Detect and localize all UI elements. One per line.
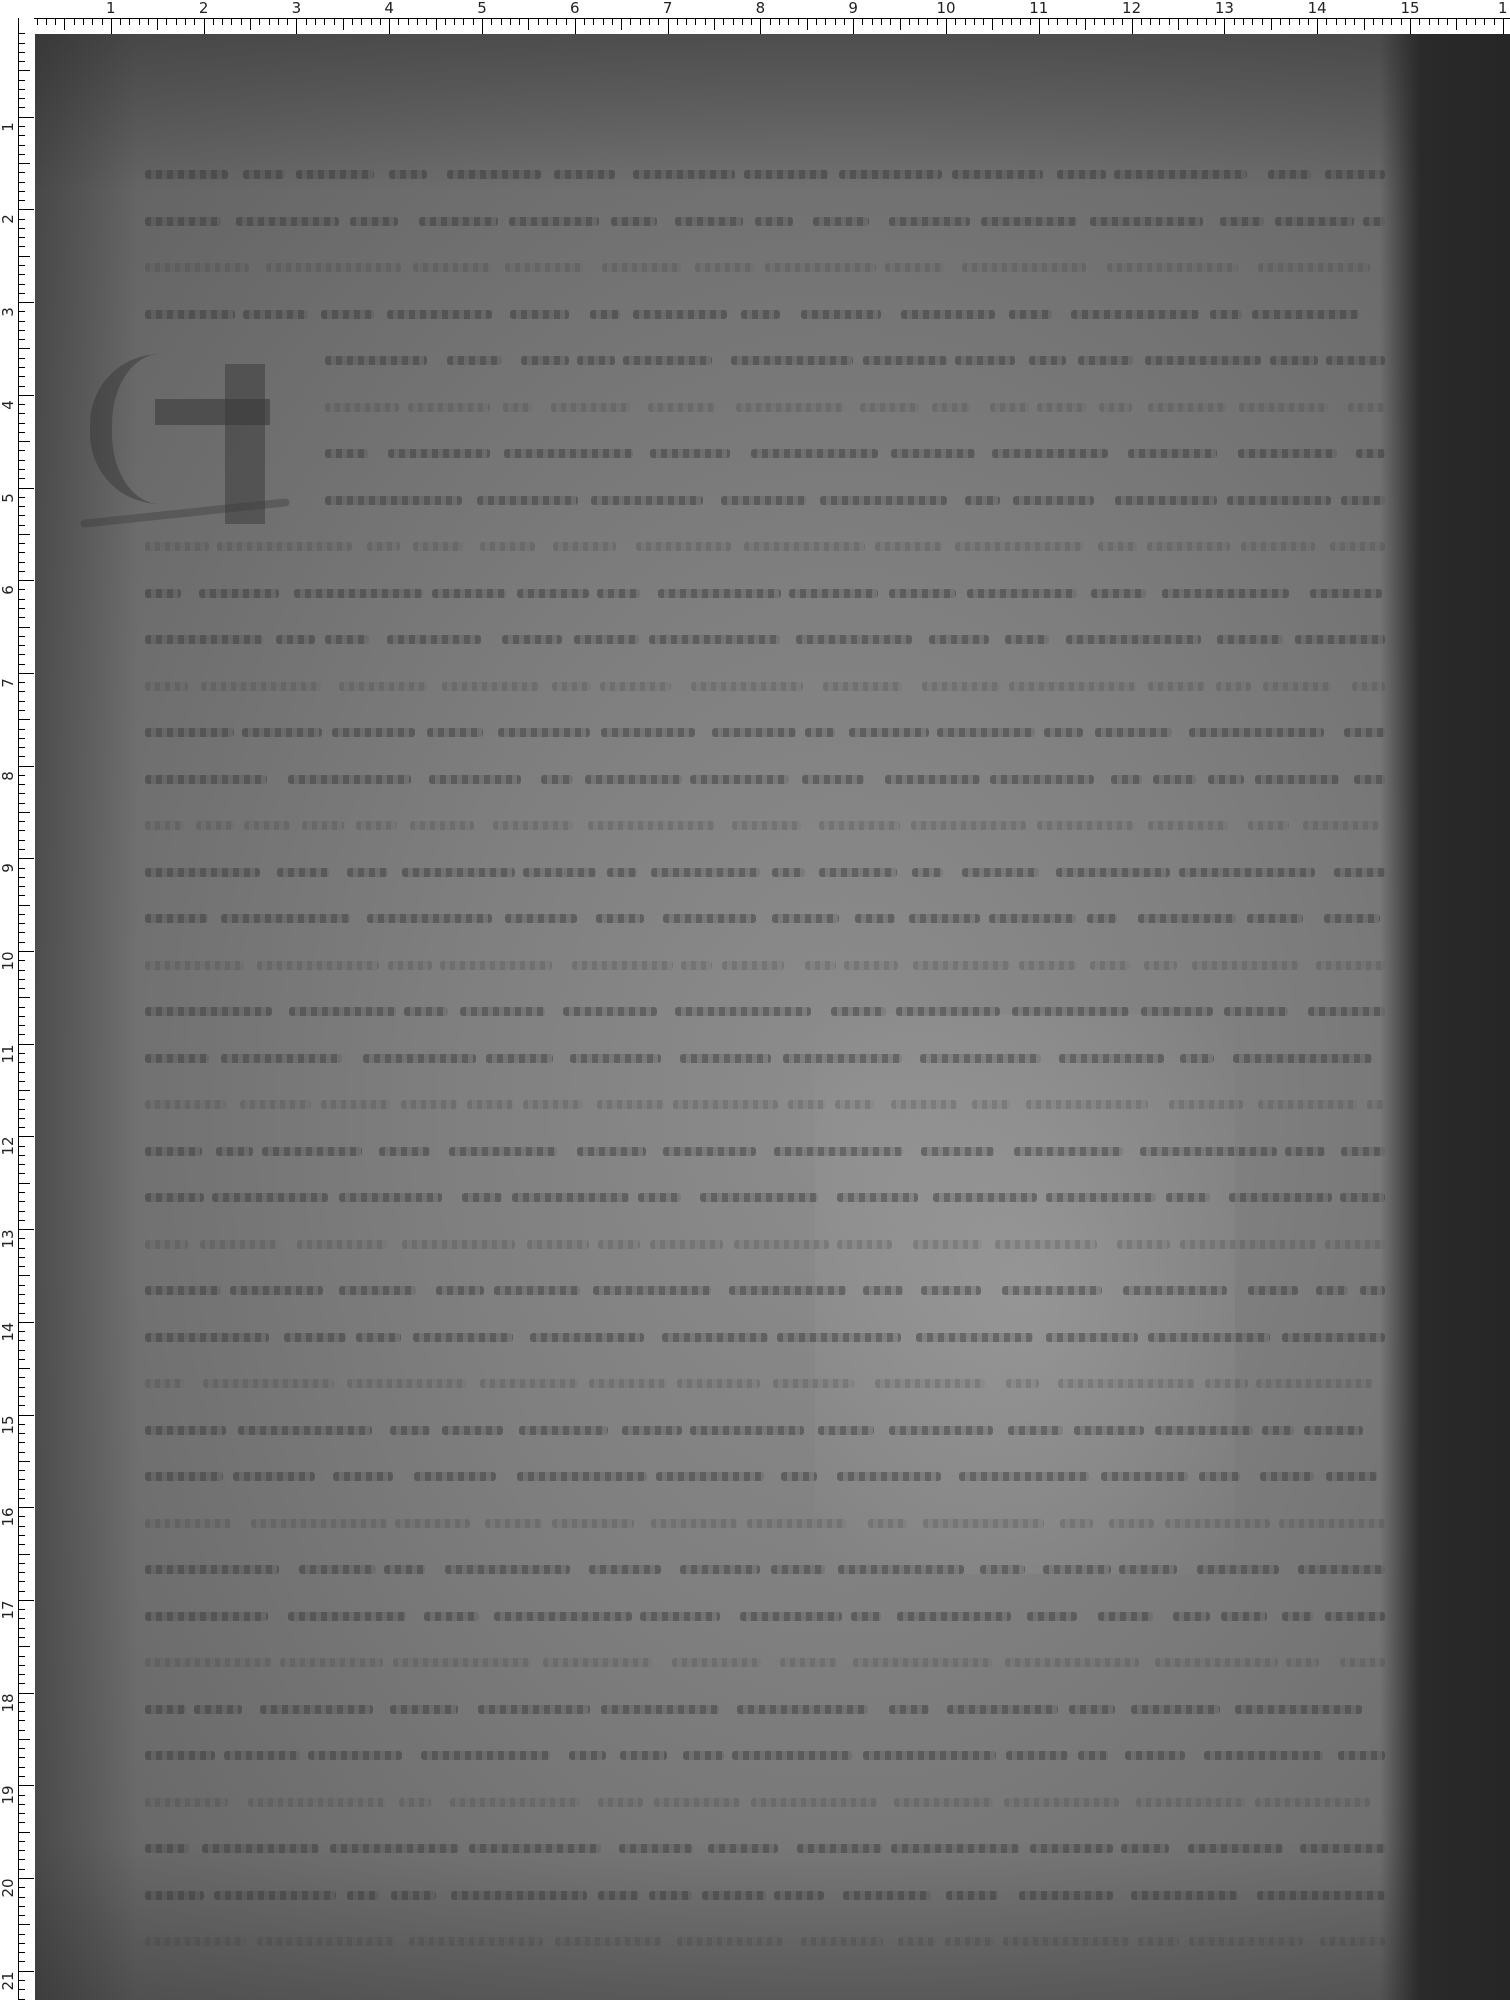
ruler-tick	[19, 1544, 25, 1545]
ruler-tick	[1391, 19, 1392, 25]
ruler-tick	[19, 645, 25, 646]
ruler-label: 11	[1029, 0, 1048, 16]
ruler-tick	[19, 1275, 30, 1276]
ruler-tick	[19, 488, 34, 489]
ruler-tick	[19, 1350, 25, 1351]
ruler-tick	[19, 515, 25, 516]
ruler-tick	[19, 1961, 25, 1962]
ruler-tick	[1438, 19, 1439, 25]
ruler-tick	[19, 1090, 30, 1091]
ruler-tick	[19, 1211, 25, 1212]
ruler-tick	[695, 19, 696, 25]
ruler-tick	[19, 710, 25, 711]
ruler-tick	[19, 117, 34, 118]
ruler-tick	[19, 256, 30, 257]
ruler-tick	[528, 19, 529, 30]
ruler-tick	[835, 19, 836, 25]
ruler-tick	[1401, 19, 1402, 25]
ruler-tick	[19, 738, 25, 739]
ruler-label: 3	[0, 307, 16, 317]
ruler-tick	[1271, 19, 1272, 30]
ruler-tick	[19, 413, 25, 414]
ruler-tick	[19, 1989, 25, 1990]
ruler-tick	[19, 1739, 30, 1740]
ruler-tick	[194, 19, 195, 25]
ruler-tick	[19, 107, 25, 108]
top-ruler: 01234567891011121314151	[0, 0, 1510, 34]
ruler-tick	[19, 246, 25, 247]
ruler-tick	[603, 19, 604, 25]
ruler-tick	[1317, 19, 1318, 34]
ruler-tick	[491, 19, 492, 25]
ruler-tick	[19, 1628, 25, 1629]
ruler-tick	[46, 19, 47, 25]
ruler-tick	[501, 19, 502, 25]
ruler-tick	[19, 1924, 30, 1925]
ruler-tick	[19, 478, 25, 479]
ruler-label: 6	[570, 0, 580, 16]
ruler-tick	[454, 19, 455, 25]
ruler-tick	[19, 1748, 25, 1749]
ruler-tick	[1113, 19, 1114, 25]
ruler-tick	[380, 19, 381, 25]
ruler-tick	[19, 1248, 25, 1249]
ruler-tick	[19, 1238, 25, 1239]
ruler-tick	[19, 1822, 25, 1823]
ruler-tick	[19, 793, 25, 794]
ruler-tick	[19, 682, 25, 683]
ruler-tick	[19, 580, 34, 581]
ruler-tick	[584, 19, 585, 25]
ruler-tick	[19, 525, 25, 526]
ruler-tick	[19, 348, 30, 349]
ruler-tick	[19, 200, 25, 201]
ruler-tick	[19, 145, 25, 146]
ruler-tick	[19, 1730, 25, 1731]
ruler-tick	[1456, 19, 1457, 30]
ruler-tick	[19, 52, 25, 53]
ruler-tick	[19, 1609, 25, 1610]
ruler-label: 10	[0, 951, 16, 970]
ruler-tick	[566, 19, 567, 25]
ruler-tick	[19, 571, 25, 572]
ruler-tick	[19, 1516, 25, 1517]
ruler-tick	[862, 19, 863, 25]
ruler-tick	[19, 1201, 25, 1202]
ruler-label: 1	[0, 122, 16, 132]
ruler-tick	[278, 19, 279, 25]
ruler-tick	[19, 1220, 25, 1221]
ruler-tick	[1150, 19, 1151, 25]
ruler-tick	[19, 1572, 25, 1573]
ruler-tick	[19, 154, 25, 155]
ruler-tick	[19, 1720, 25, 1721]
ruler-tick	[19, 1637, 25, 1638]
ruler-tick	[19, 1034, 25, 1035]
ruler-tick	[19, 311, 25, 312]
ruler-tick	[371, 19, 372, 25]
ruler-tick	[1234, 19, 1235, 25]
ruler-tick	[19, 701, 25, 702]
ruler-label: 2	[199, 0, 209, 16]
ruler-label: 10	[936, 0, 955, 16]
ruler-tick	[19, 1887, 25, 1888]
ruler-tick	[1373, 19, 1374, 25]
ruler-tick	[19, 1665, 25, 1666]
ruler-label: 6	[0, 585, 16, 595]
ruler-tick	[1354, 19, 1355, 25]
ruler-tick	[19, 960, 25, 961]
ruler-tick	[204, 19, 205, 34]
ruler-tick	[482, 19, 483, 34]
ruler-tick	[19, 756, 25, 757]
ruler-tick	[1252, 19, 1253, 25]
ruler-tick	[185, 19, 186, 25]
ruler-tick	[19, 265, 25, 266]
ruler-tick	[965, 19, 966, 25]
ruler-tick	[649, 19, 650, 25]
ruler-tick	[83, 19, 84, 25]
ruler-tick	[1141, 19, 1142, 25]
ruler-tick	[19, 1943, 25, 1944]
ruler-tick	[19, 367, 25, 368]
ruler-tick	[19, 784, 25, 785]
ruler-tick	[19, 1859, 25, 1860]
ruler-tick	[1345, 19, 1346, 25]
ruler-tick	[1419, 19, 1420, 25]
ruler-tick	[19, 228, 25, 229]
ruler-tick	[445, 19, 446, 25]
ruler-tick	[37, 19, 38, 25]
ruler-tick	[927, 19, 928, 25]
ruler-tick	[19, 1136, 34, 1137]
ruler-tick	[19, 1591, 25, 1592]
ruler-tick	[1289, 19, 1290, 25]
ruler-tick	[19, 599, 25, 600]
ruler-tick	[19, 905, 30, 906]
ruler-tick	[222, 19, 223, 25]
ruler-tick	[19, 868, 25, 869]
ruler-tick	[19, 877, 25, 878]
ruler-tick	[19, 1433, 25, 1434]
ruler-tick	[19, 1173, 25, 1174]
ruler-tick	[19, 237, 25, 238]
ruler-tick	[19, 691, 25, 692]
ruler-tick	[807, 19, 808, 30]
ruler-tick	[705, 19, 706, 25]
ruler-tick	[19, 1062, 25, 1063]
ruler-label: 2	[0, 215, 16, 225]
ruler-tick	[19, 1340, 25, 1341]
ruler-label: 9	[848, 0, 858, 16]
ruler-tick	[19, 1127, 25, 1128]
ruler-label: 7	[663, 0, 673, 16]
ruler-tick	[19, 1303, 25, 1304]
ruler-tick	[19, 1415, 34, 1416]
ruler-tick	[473, 19, 474, 25]
ruler-tick	[64, 19, 65, 30]
ruler-tick	[19, 1878, 34, 1879]
ruler-label: 4	[0, 400, 16, 410]
ruler-tick	[19, 1109, 25, 1110]
ruler-tick	[19, 1618, 25, 1619]
ruler-tick	[19, 886, 25, 887]
ruler-tick	[937, 19, 938, 25]
ruler-tick	[1132, 19, 1133, 34]
ruler-label: 20	[0, 1878, 16, 1897]
ruler-tick	[19, 1674, 25, 1675]
ruler-tick	[19, 914, 25, 915]
ruler-tick	[213, 19, 214, 25]
ruler-tick	[686, 19, 687, 25]
ruler-tick	[1076, 19, 1077, 25]
ruler-label: 1	[1498, 0, 1508, 16]
ruler-tick	[19, 1906, 25, 1907]
ruler-tick	[19, 302, 34, 303]
ruler-tick	[890, 19, 891, 25]
ruler-tick	[19, 1331, 25, 1332]
ruler-tick	[19, 126, 25, 127]
ruler-tick	[19, 330, 25, 331]
ruler-tick	[19, 1377, 25, 1378]
ruler-tick	[19, 43, 25, 44]
ruler-tick	[900, 19, 901, 30]
ruler-tick	[19, 589, 25, 590]
ruler-tick	[1336, 19, 1337, 25]
ruler-tick	[19, 1646, 30, 1647]
ruler-tick	[1020, 19, 1021, 25]
ruler-tick	[658, 19, 659, 25]
ruler-tick	[844, 19, 845, 25]
ruler-tick	[19, 534, 30, 535]
ruler-tick	[918, 19, 919, 25]
ruler-tick	[19, 849, 25, 850]
ruler-tick	[19, 1952, 25, 1953]
ruler-tick	[630, 19, 631, 25]
ruler-tick	[1299, 19, 1300, 25]
ruler-tick	[19, 923, 25, 924]
ruler-tick	[19, 979, 25, 980]
ruler-tick	[19, 1915, 25, 1916]
ruler-tick	[1503, 19, 1504, 34]
ruler-tick	[19, 404, 25, 405]
ruler-tick	[19, 812, 30, 813]
ruler-tick	[19, 1479, 25, 1480]
ruler-tick	[19, 1359, 25, 1360]
ruler-tick	[361, 19, 362, 25]
ruler-tick	[19, 1322, 34, 1323]
ruler-tick	[1484, 19, 1485, 25]
ruler-tick	[19, 970, 25, 971]
ruler-tick	[1262, 19, 1263, 25]
ruler-tick	[575, 19, 576, 34]
ruler-tick	[19, 858, 34, 859]
ruler-tick	[19, 608, 25, 609]
ruler-tick	[1280, 19, 1281, 25]
ruler-tick	[1085, 19, 1086, 30]
ruler-label: 13	[1215, 0, 1234, 16]
ruler-tick	[19, 376, 25, 377]
ruler-tick	[19, 1118, 25, 1119]
ruler-tick	[19, 506, 25, 507]
ruler-tick	[1429, 19, 1430, 25]
ruler-tick	[19, 552, 25, 553]
ruler-tick	[946, 19, 947, 34]
ruler-tick	[1178, 19, 1179, 30]
ruler-tick	[742, 19, 743, 25]
ruler-tick	[19, 339, 25, 340]
ruler-tick	[19, 1693, 34, 1694]
ruler-tick	[714, 19, 715, 30]
ruler-label: 3	[292, 0, 302, 16]
ruler-tick	[19, 98, 25, 99]
ruler-tick	[19, 617, 25, 618]
ruler-tick	[19, 1081, 25, 1082]
ruler-tick	[798, 19, 799, 25]
ruler-tick	[788, 19, 789, 25]
ruler-tick	[343, 19, 344, 30]
ruler-label: 13	[0, 1230, 16, 1249]
ruler-tick	[19, 1971, 34, 1972]
ruler-tick	[19, 1850, 25, 1851]
ruler-tick	[19, 1266, 25, 1267]
ruler-tick	[668, 19, 669, 34]
ruler-tick	[853, 19, 854, 34]
ruler-tick	[19, 284, 25, 285]
ruler-tick	[19, 1702, 25, 1703]
ruler-tick	[19, 1044, 34, 1045]
ruler-tick	[19, 1053, 25, 1054]
ruler-tick	[640, 19, 641, 25]
ruler-tick	[166, 19, 167, 25]
ruler-tick	[102, 19, 103, 25]
ruler-tick	[74, 19, 75, 25]
ruler-label: 15	[0, 1415, 16, 1434]
ruler-tick	[872, 19, 873, 25]
ruler-tick	[1494, 19, 1495, 25]
ruler-label: 5	[0, 493, 16, 503]
ruler-tick	[19, 840, 25, 841]
ruler-tick	[751, 19, 752, 25]
ruler-tick	[19, 80, 25, 81]
ruler-tick	[19, 1155, 25, 1156]
ruler-tick	[19, 1470, 25, 1471]
ruler-tick	[269, 19, 270, 25]
ruler-tick	[1308, 19, 1309, 25]
ruler-tick	[287, 19, 288, 25]
scan-vignette	[35, 34, 1510, 2000]
ruler-tick	[955, 19, 956, 25]
ruler-tick	[19, 654, 25, 655]
ruler-label: 14	[1308, 0, 1327, 16]
ruler-tick	[19, 1442, 25, 1443]
ruler-tick	[19, 460, 25, 461]
ruler-tick	[19, 1007, 25, 1008]
ruler-tick	[19, 830, 25, 831]
ruler-tick	[19, 209, 34, 210]
ruler-label: 19	[0, 1786, 16, 1805]
ruler-tick	[1057, 19, 1058, 25]
ruler-tick	[992, 19, 993, 30]
ruler-tick	[1466, 19, 1467, 25]
ruler-tick	[1048, 19, 1049, 25]
ruler-tick	[19, 1804, 25, 1805]
top-ruler-baseline	[18, 18, 1510, 19]
ruler-tick	[19, 719, 30, 720]
ruler-tick	[983, 19, 984, 25]
ruler-tick	[1197, 19, 1198, 25]
ruler-tick	[19, 932, 25, 933]
ruler-tick	[19, 1683, 25, 1684]
ruler-tick	[19, 1934, 25, 1935]
ruler-tick	[19, 1183, 30, 1184]
ruler-tick	[19, 775, 25, 776]
ruler-tick	[408, 19, 409, 25]
ruler-tick	[19, 1999, 25, 2000]
ruler-tick	[19, 1581, 25, 1582]
ruler-tick	[398, 19, 399, 25]
ruler-tick	[19, 1832, 30, 1833]
ruler-tick	[19, 1767, 25, 1768]
ruler-tick	[19, 1313, 25, 1314]
ruler-tick	[92, 19, 93, 25]
ruler-tick	[315, 19, 316, 25]
ruler-tick	[19, 33, 25, 34]
ruler-tick	[1104, 19, 1105, 25]
ruler-tick	[733, 19, 734, 25]
ruler-tick	[19, 1869, 25, 1870]
ruler-tick	[139, 19, 140, 25]
ruler-tick	[19, 1164, 25, 1165]
ruler-tick	[519, 19, 520, 25]
ruler-tick	[148, 19, 149, 25]
ruler-tick	[1094, 19, 1095, 25]
ruler-tick	[19, 497, 25, 498]
ruler-tick	[19, 61, 25, 62]
ruler-tick	[723, 19, 724, 25]
ruler-label: 5	[477, 0, 487, 16]
ruler-tick	[19, 70, 30, 71]
ruler-tick	[547, 19, 548, 25]
ruler-tick	[19, 450, 25, 451]
ruler-tick	[19, 1554, 30, 1555]
ruler-tick	[1475, 19, 1476, 25]
ruler-tick	[19, 1498, 25, 1499]
ruler-tick	[1410, 19, 1411, 34]
ruler-tick	[19, 1563, 25, 1564]
ruler-tick	[19, 562, 25, 563]
ruler-label: 11	[0, 1044, 16, 1063]
ruler-tick	[538, 19, 539, 25]
ruler-tick	[19, 1368, 30, 1369]
ruler-tick	[19, 1711, 25, 1712]
ruler-tick	[55, 19, 56, 25]
ruler-label: 12	[0, 1137, 16, 1156]
ruler-tick	[1122, 19, 1123, 25]
ruler-tick	[19, 895, 25, 896]
ruler-tick	[1447, 19, 1448, 25]
ruler-tick	[19, 627, 30, 628]
ruler-tick	[19, 942, 25, 943]
ruler-tick	[1364, 19, 1365, 30]
ruler-tick	[19, 951, 34, 952]
ruler-tick	[129, 19, 130, 25]
ruler-tick	[1169, 19, 1170, 25]
ruler-tick	[19, 1229, 34, 1230]
ruler-tick	[19, 1757, 25, 1758]
ruler-tick	[19, 395, 34, 396]
ruler-tick	[974, 19, 975, 25]
